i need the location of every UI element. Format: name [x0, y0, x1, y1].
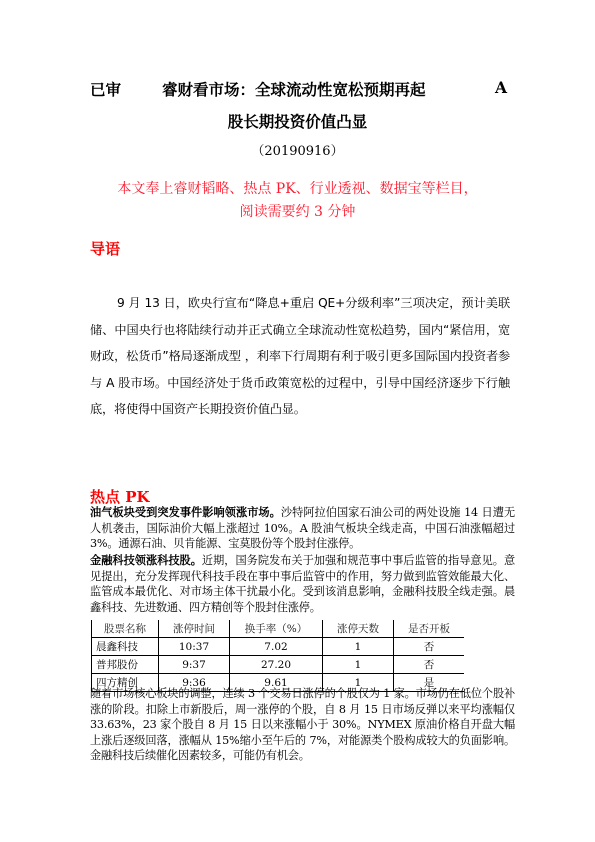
cell-limit-days: 1 — [323, 638, 394, 656]
reading-notice-line2: 阅读需要约 3 分钟 — [85, 201, 510, 224]
oil-item-lead: 油气板块受到突发事件影响领涨市场。 — [90, 506, 281, 519]
fintech-item-lead: 金融科技领涨科技股。 — [90, 554, 202, 567]
cell-limit-time: 9:37 — [159, 656, 230, 674]
document-page: 已审 睿财看市场：全球流动性宽松预期再起 A 股长期投资价值凸显 （201909… — [0, 0, 595, 842]
lead-heading: 导语 — [90, 238, 120, 259]
limit-up-table: 股票名称 涨停时间 换手率（%） 涨停天数 是否开板 晨鑫科技 10:37 7.… — [91, 620, 464, 692]
document-title-line1: 已审 睿财看市场：全球流动性宽松预期再起 A — [90, 78, 510, 102]
col-limit-days: 涨停天数 — [323, 620, 394, 638]
closing-paragraph: 随着市场核心板块的调整，连续 3 个交易日涨停的个股仅为 1 家。市场仍在低位个… — [90, 686, 515, 764]
table-header-row: 股票名称 涨停时间 换手率（%） 涨停天数 是否开板 — [92, 620, 465, 638]
cell-stock-name: 普邦股份 — [92, 656, 159, 674]
reading-notice-line1: 本文奉上睿财韬略、热点 PK、行业透视、数据宝等栏目， — [85, 178, 510, 201]
col-turnover: 换手率（%） — [230, 620, 323, 638]
cell-stock-name: 晨鑫科技 — [92, 638, 159, 656]
col-stock-name: 股票名称 — [92, 620, 159, 638]
table-row: 普邦股份 9:37 27.20 1 否 — [92, 656, 465, 674]
cell-turnover: 27.20 — [230, 656, 323, 674]
lead-paragraph: 9 月 13 日，欧央行宣布“降息+重启 QE+分级利率”三项决定，预计美联储、… — [90, 290, 510, 423]
reading-notice: 本文奉上睿财韬略、热点 PK、行业透视、数据宝等栏目， 阅读需要约 3 分钟 — [85, 178, 510, 224]
cell-turnover: 7.02 — [230, 638, 323, 656]
col-limit-time: 涨停时间 — [159, 620, 230, 638]
hot-pk-item-oil: 油气板块受到突发事件影响领涨市场。沙特阿拉伯国家石油公司的两处设施 14 日遭无… — [90, 505, 515, 552]
document-date: （20190916） — [0, 140, 595, 159]
cell-limit-time: 10:37 — [159, 638, 230, 656]
cell-board-open: 否 — [394, 656, 465, 674]
title-tail: A — [495, 78, 507, 97]
col-board-open: 是否开板 — [394, 620, 465, 638]
review-tag: 已审 — [90, 78, 121, 100]
cell-board-open: 否 — [394, 638, 465, 656]
document-title-line2: 股长期投资价值凸显 — [0, 110, 595, 132]
table-row: 晨鑫科技 10:37 7.02 1 否 — [92, 638, 465, 656]
hot-pk-item-fintech: 金融科技领涨科技股。近期，国务院发布关于加强和规范事中事后监管的指导意见。意见提… — [90, 553, 515, 615]
cell-limit-days: 1 — [323, 656, 394, 674]
title-main: 睿财看市场：全球流动性宽松预期再起 — [162, 78, 426, 100]
hot-pk-heading: 热点 PK — [90, 486, 150, 507]
